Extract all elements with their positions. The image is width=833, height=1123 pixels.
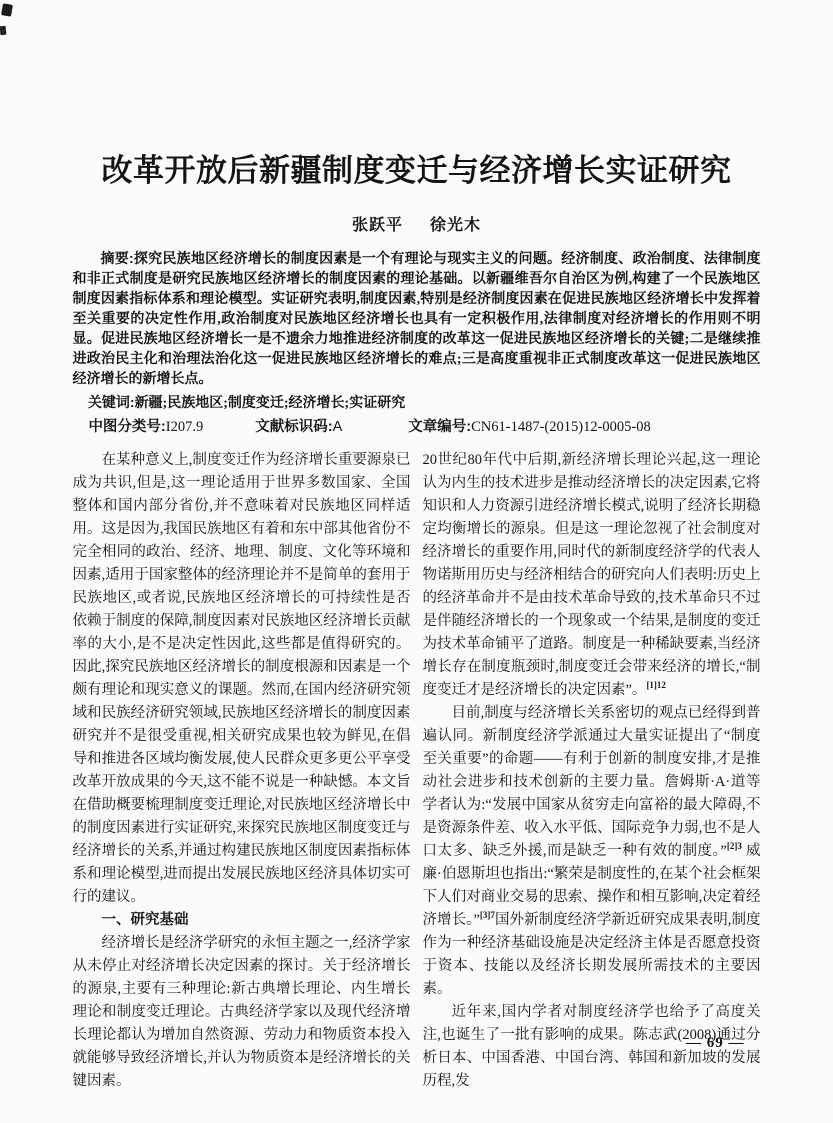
section-heading-research-basis: 一、研究基础 [73,909,411,932]
abstract: 摘要:探究民族地区经济增长的制度因素是一个有理论与现实主义的问题。经济制度、政治… [73,248,761,390]
paragraph-growth-theories: 经济增长是经济学研究的永恒主题之一,经济学家从未停止对经济增长决定因素的探讨。关… [73,932,411,1093]
paragraph-institution-consensus: 目前,制度与经济增长关系密切的观点已经得到普遍认同。新制度经济学派通过大量实证提… [423,702,761,1001]
abstract-label: 摘要: [101,250,134,266]
article-no-label: 文章编号: [408,419,471,435]
authors-line: 张跃平 徐光木 [0,212,833,235]
paper-page: 改革开放后新疆制度变迁与经济增长实证研究 张跃平 徐光木 摘要:探究民族地区经济… [0,0,833,1123]
scan-artifact [0,26,6,36]
doc-code-label: 文献标识码: [255,419,332,435]
paragraph-intro: 在某种意义上,制度变迁作为经济增长重要源泉已成为共识,但是,这一理论适用于世界多… [73,449,411,909]
citation-ref: [2]3 [727,841,742,851]
scan-artifact [1,3,13,17]
author-name: 张跃平 [352,217,403,234]
page-title: 改革开放后新疆制度变迁与经济增长实证研究 [0,151,833,191]
paragraph-new-growth-theory: 20世纪80年代中后期,新经济增长理论兴起,这一理论认为内生的技术进步是推动经济… [423,449,761,702]
meta-line: 中图分类号:I207.9文献标识码:A文章编号:CN61-1487-(2015)… [73,417,761,438]
paragraph-text: 20世纪80年代中后期,新经济增长理论兴起,这一理论认为内生的技术进步是推动经济… [423,452,761,698]
right-column: 20世纪80年代中后期,新经济增长理论兴起,这一理论认为内生的技术进步是推动经济… [423,449,761,1093]
author-name: 徐光木 [430,217,481,234]
article-no-value: CN61-1487-(2015)12-0005-08 [471,419,651,435]
citation-ref: [3]7 [480,910,495,920]
keywords-label: 关键词: [88,394,135,410]
clc-value: I207.9 [166,419,203,435]
keywords-text: 新疆;民族地区;制度变迁;经济增长;实证研究 [135,396,406,411]
paragraph-text: 目前,制度与经济增长关系密切的观点已经得到普遍认同。新制度经济学派通过大量实证提… [423,705,761,859]
body-columns: 在某种意义上,制度变迁作为经济增长重要源泉已成为共识,但是,这一理论适用于世界多… [73,449,761,1093]
left-column: 在某种意义上,制度变迁作为经济增长重要源泉已成为共识,但是,这一理论适用于世界多… [73,449,411,1093]
doc-code-value: A [333,419,343,435]
clc-label: 中图分类号: [88,419,165,435]
front-matter: 摘要:探究民族地区经济增长的制度因素是一个有理论与现实主义的问题。经济制度、政治… [73,248,761,438]
keywords-line: 关键词:新疆;民族地区;制度变迁;经济增长;实证研究 [73,392,761,414]
citation-ref: [1]12 [646,680,666,690]
page-number: — 69 — [686,1035,745,1052]
abstract-text: 探究民族地区经济增长的制度因素是一个有理论与现实主义的问题。经济制度、政治制度、… [73,252,761,387]
